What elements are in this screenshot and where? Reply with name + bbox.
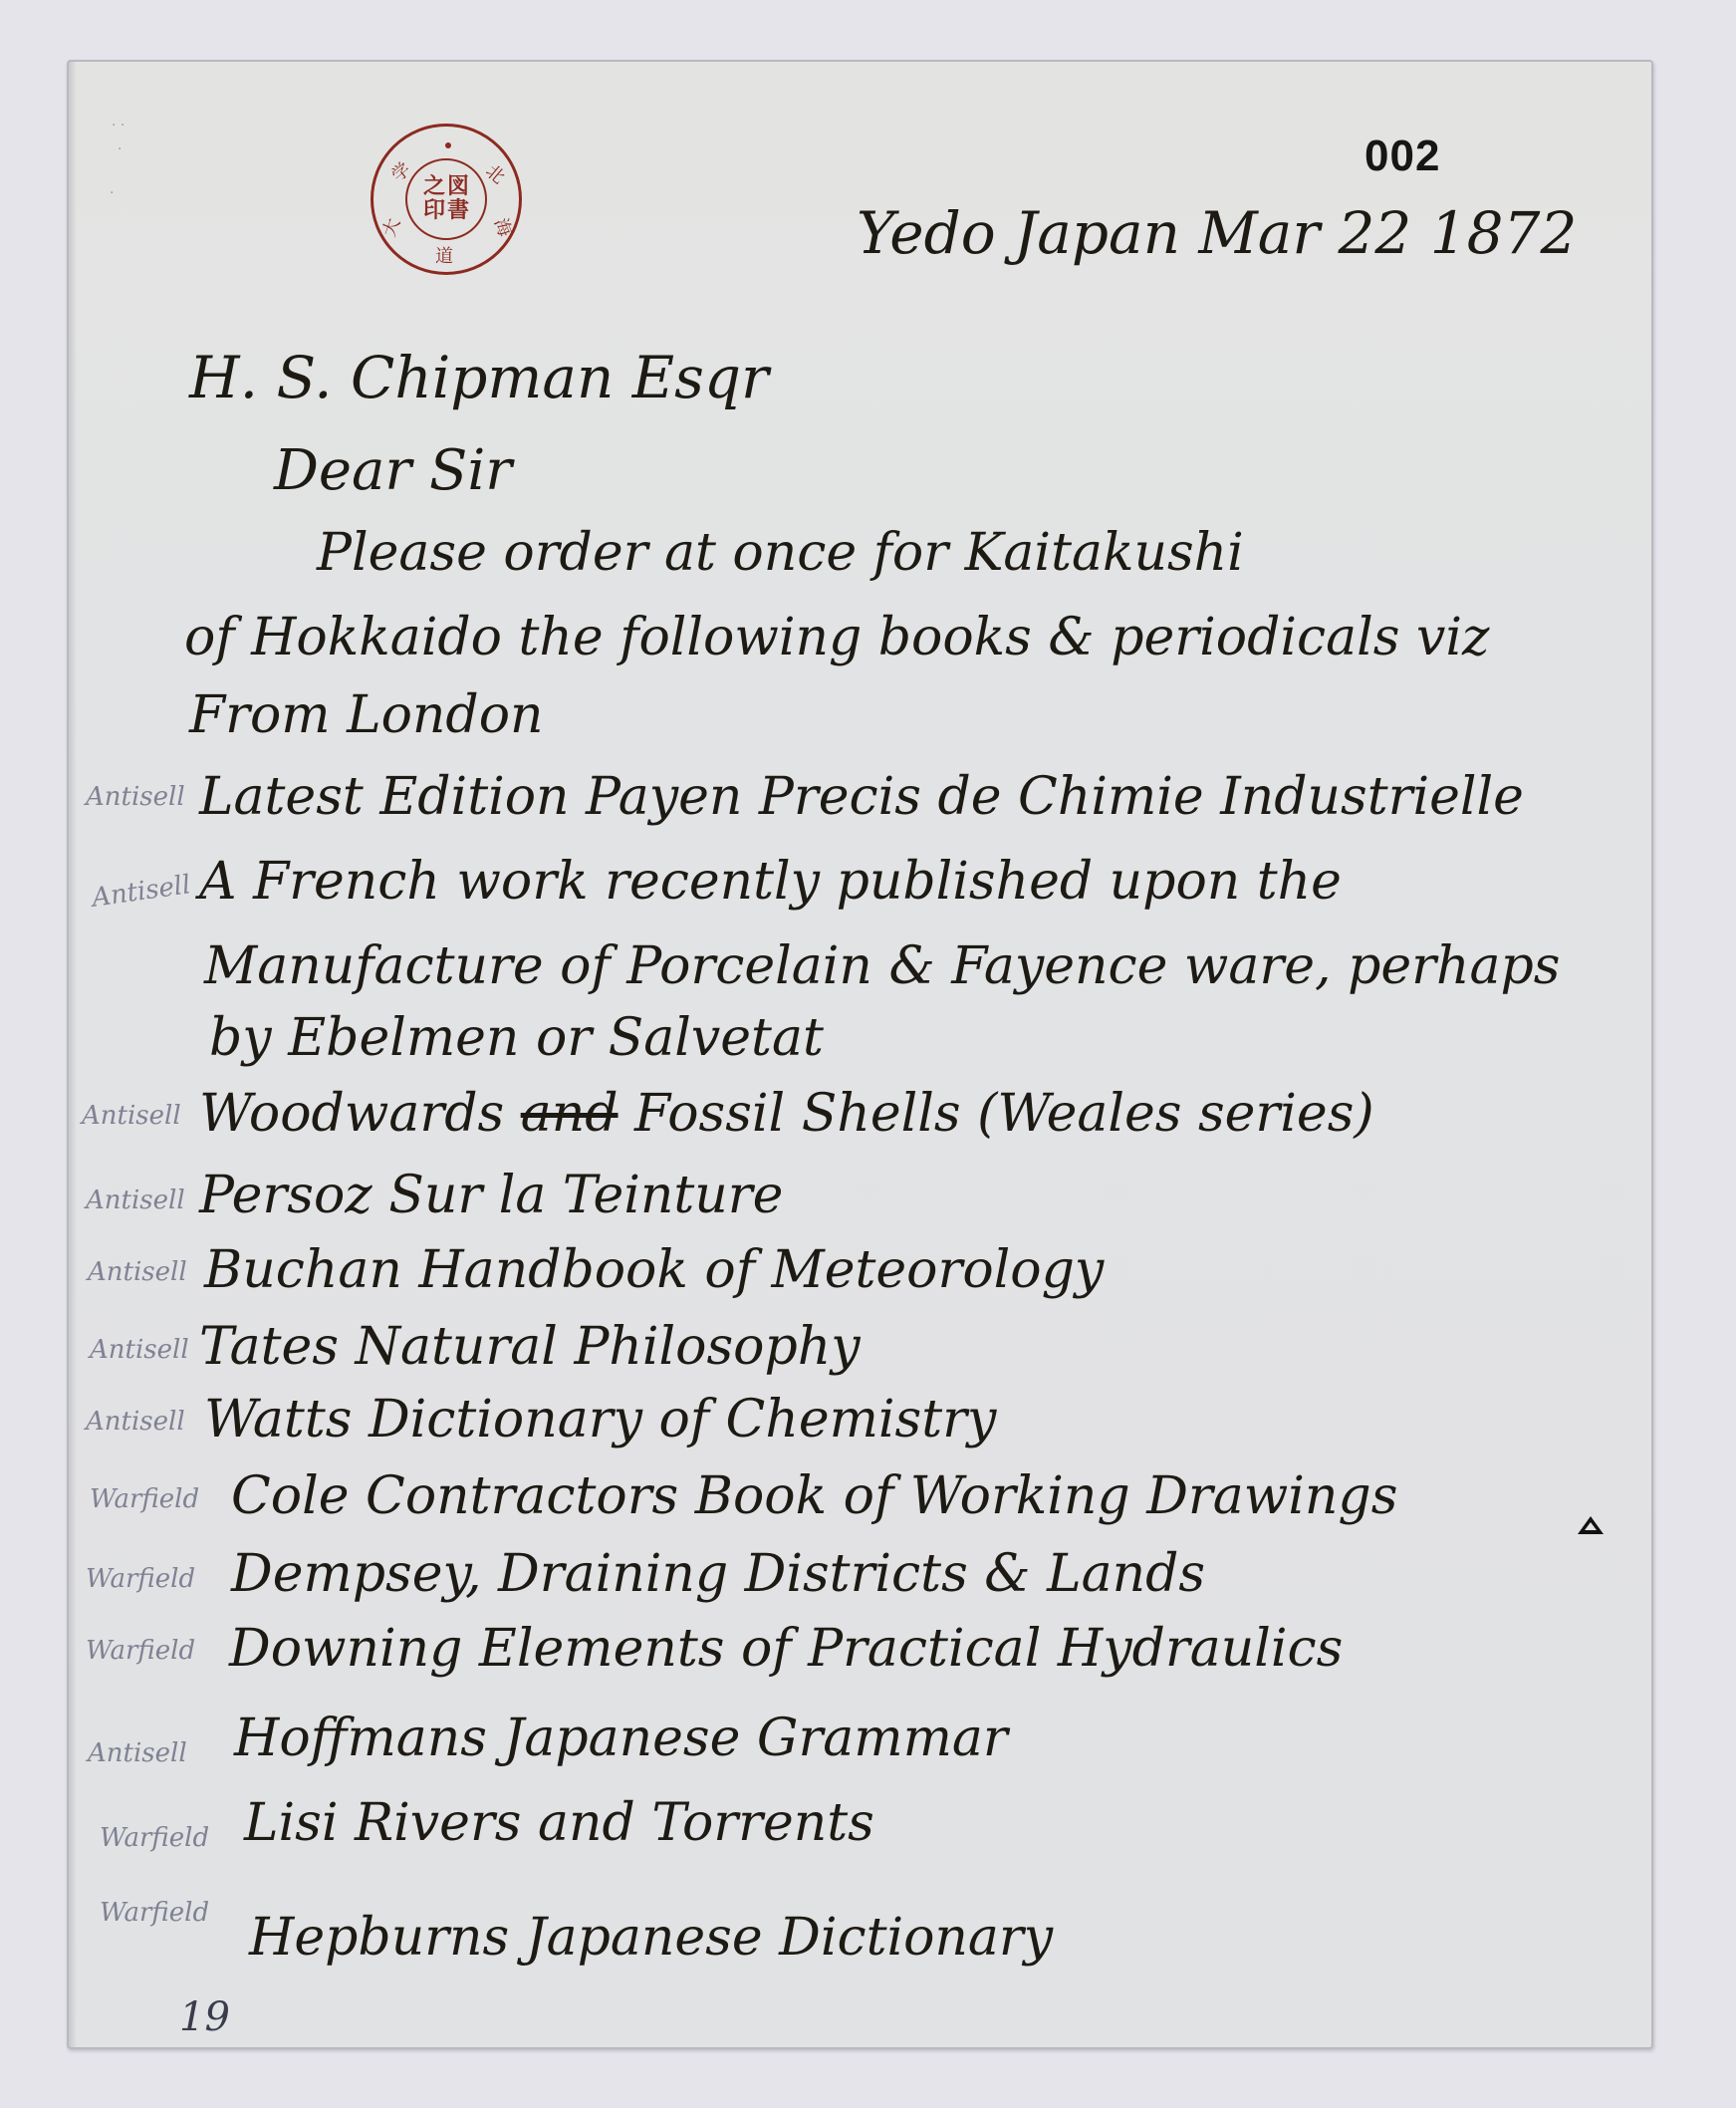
intro-line: of Hokkaido the following books & period… xyxy=(184,608,1489,667)
book-item: Buchan Handbook of Meteorology xyxy=(204,1240,1104,1300)
margin-note: Warfield xyxy=(86,1564,195,1594)
book-item: Dempsey, Draining Districts & Lands xyxy=(231,1544,1205,1604)
book-item: Woodwards and Fossil Shells (Weales seri… xyxy=(199,1084,1374,1144)
book-item: Tates Natural Philosophy xyxy=(199,1317,861,1377)
margin-note: Antisell xyxy=(88,1738,187,1768)
book-item: Cole Contractors Book of Working Drawing… xyxy=(231,1466,1397,1526)
faint-mark: · xyxy=(110,185,114,201)
pencil-page-number: 19 xyxy=(179,1994,230,2040)
seal-dot xyxy=(445,142,451,148)
margin-note: Antisell xyxy=(88,1257,187,1287)
salutation: Dear Sir xyxy=(274,438,512,503)
book-item-continued: Manufacture of Porcelain & Fayence ware,… xyxy=(204,936,1560,996)
margin-note: Warfield xyxy=(100,1823,209,1853)
book-item: Hoffmans Japanese Grammar xyxy=(234,1709,1008,1768)
seal-inner-ring: 図 書 之 印 xyxy=(405,158,487,240)
struck-word: and xyxy=(521,1084,619,1144)
seal-char: 印 xyxy=(423,199,445,223)
book-item: Persoz Sur la Teinture xyxy=(199,1166,783,1225)
margin-note: Warfield xyxy=(100,1898,209,1928)
book-item: Downing Elements of Practical Hydraulics xyxy=(229,1619,1343,1679)
book-item: Watts Dictionary of Chemistry xyxy=(204,1390,996,1449)
addressee: H. S. Chipman Esqr xyxy=(189,344,769,411)
margin-note: Antisell xyxy=(90,1335,189,1365)
book-item-text: Fossil Shells (Weales series) xyxy=(618,1084,1373,1144)
seal-ring-char: 大 xyxy=(375,214,406,240)
seal-ring-char: 北 xyxy=(481,157,512,188)
seal-char: 之 xyxy=(423,175,445,199)
seal-char: 図 xyxy=(447,175,469,199)
margin-note: Antisell xyxy=(86,782,185,812)
book-item: Hepburns Japanese Dictionary xyxy=(249,1908,1053,1968)
margin-note: Warfield xyxy=(90,1484,199,1514)
book-item: Lisi Rivers and Torrents xyxy=(244,1793,874,1853)
margin-note: Antisell xyxy=(82,1101,181,1131)
seal-char: 書 xyxy=(447,199,469,223)
faint-mark: · · xyxy=(112,118,124,133)
triangle-mark-icon xyxy=(1578,1516,1604,1534)
book-item-continued: by Ebelmen or Salvetat xyxy=(209,1008,824,1068)
document-number: 002 xyxy=(1364,132,1440,181)
intro-line: Please order at once for Kaitakushi xyxy=(317,523,1244,583)
faint-mark: · xyxy=(118,141,122,157)
margin-note: Antisell xyxy=(86,1186,185,1215)
margin-note: Antisell xyxy=(86,1407,185,1437)
book-item-text: Woodwards xyxy=(199,1084,521,1144)
book-item: Latest Edition Payen Precis de Chimie In… xyxy=(199,767,1524,827)
intro-line: From London xyxy=(189,685,544,745)
dateline: Yedo Japan Mar 22 1872 xyxy=(857,199,1577,267)
margin-note: Warfield xyxy=(86,1636,195,1666)
book-item: A French work recently published upon th… xyxy=(199,852,1342,912)
library-seal-stamp: 北 海 道 大 学 図 書 之 印 xyxy=(371,124,522,275)
seal-ring-char: 道 xyxy=(435,242,453,268)
